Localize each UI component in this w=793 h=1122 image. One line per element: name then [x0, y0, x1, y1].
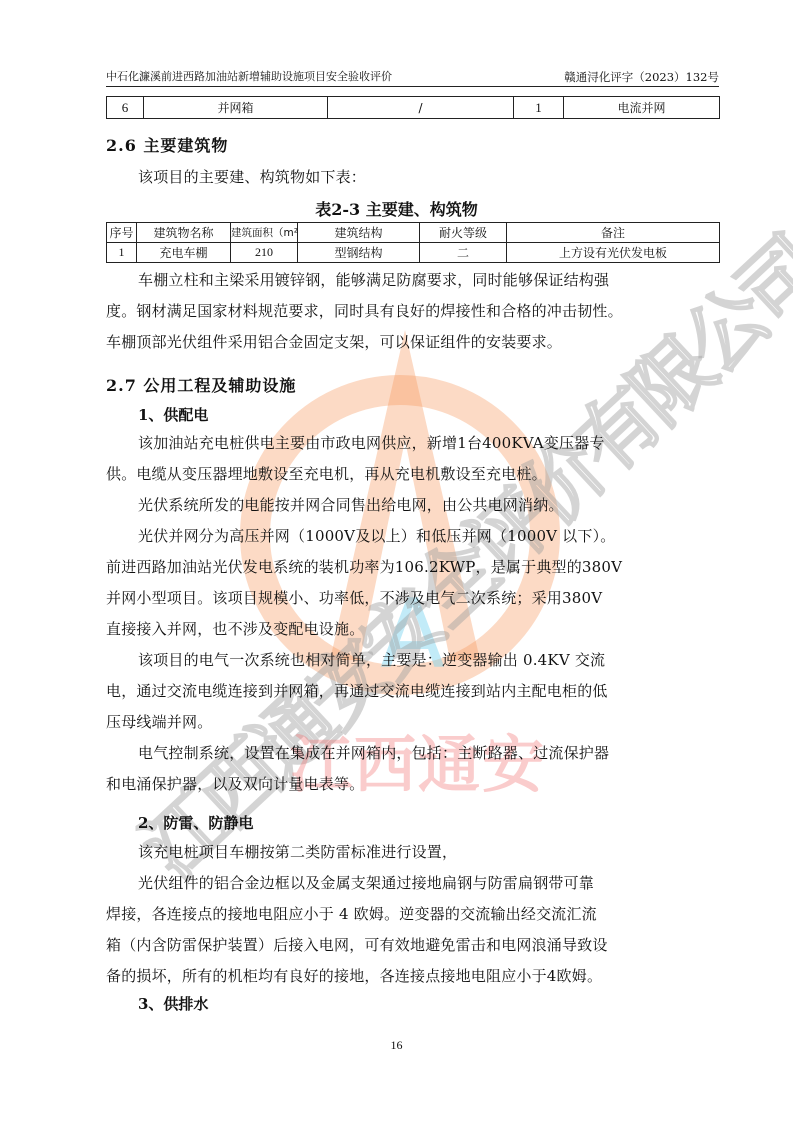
paragraph-power-supply: 该加油站充电桩供电主要由市政电网供应，新增1台400KVA变压器专 供。电缆从变… [106, 428, 719, 800]
page-header: 中石化濂溪前进西路加油站新增辅助设施项目安全验收评价 赣通浔化评字（2023）1… [106, 70, 719, 87]
table-cell: 上方设有光伏发电板 [507, 243, 720, 263]
page-number: 16 [0, 1038, 793, 1053]
table-cell: 电流并网 [564, 97, 720, 119]
paragraph-lightning-protection: 该充电桩项目车棚按第二类防雷标准进行设置， 光伏组件的铝合金边框以及金属支架通过… [106, 837, 719, 992]
column-header: 建筑面积（m²） [231, 223, 298, 243]
table-cell: 二 [420, 243, 507, 263]
column-header: 建筑结构 [298, 223, 420, 243]
document-page: A 江西通安安全评价有限公司 江西通安 中石化濂溪前进西路加油站新增辅助设施项目… [0, 0, 793, 1122]
equipment-table-continuation: 6 并网箱 / 1 电流并网 [106, 96, 720, 119]
section-heading-2-7: 2.7 公用工程及辅助设施 [106, 373, 296, 396]
table-cell: 充电车棚 [137, 243, 231, 263]
table-cell: 并网箱 [144, 97, 328, 119]
table-cell: / [328, 97, 514, 119]
table-row: 6 并网箱 / 1 电流并网 [107, 97, 720, 119]
subheading-power-supply: 1、供配电 [138, 404, 208, 425]
subheading-lightning-protection: 2、防雷、防静电 [138, 812, 253, 833]
table-cell: 6 [107, 97, 144, 119]
table-cell: 210 [231, 243, 298, 263]
table-row: 1 充电车棚 210 型钢结构 二 上方设有光伏发电板 [107, 243, 720, 263]
paragraph: 该项目的主要建、构筑物如下表： [106, 162, 719, 193]
header-title: 中石化濂溪前进西路加油站新增辅助设施项目安全验收评价 [106, 70, 392, 84]
column-header: 耐火等级 [420, 223, 507, 243]
column-header: 建筑物名称 [137, 223, 231, 243]
table-caption: 表2-3 主要建、构筑物 [0, 197, 793, 220]
paragraph-shed-structure: 车棚立柱和主梁采用镀锌钢，能够满足防腐要求，同时能够保证结构强 度。钢材满足国家… [106, 265, 719, 358]
section-heading-2-6: 2.6 主要建筑物 [106, 133, 228, 156]
column-header: 序号 [107, 223, 137, 243]
table-header-row: 序号 建筑物名称 建筑面积（m²） 建筑结构 耐火等级 备注 [107, 223, 720, 243]
buildings-table: 序号 建筑物名称 建筑面积（m²） 建筑结构 耐火等级 备注 1 充电车棚 21… [106, 222, 720, 263]
column-header: 备注 [507, 223, 720, 243]
table-cell: 型钢结构 [298, 243, 420, 263]
header-doc-number: 赣通浔化评字（2023）132号 [564, 70, 719, 84]
table-cell: 1 [107, 243, 137, 263]
table-cell: 1 [514, 97, 564, 119]
subheading-water-supply: 3、供排水 [138, 993, 208, 1014]
